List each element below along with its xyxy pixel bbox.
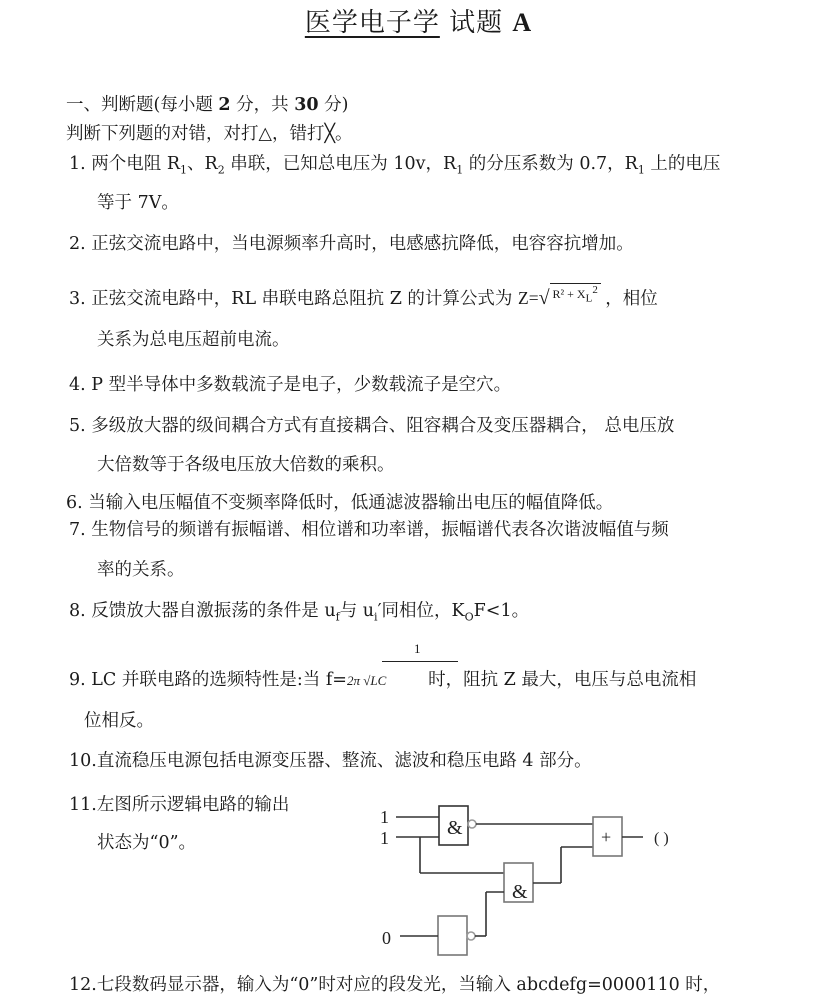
question-3-cont: 关系为总电压超前电流。 xyxy=(97,326,290,351)
question-6: 6. 当输入电压幅值不变频率降低时，低通滤波器输出电压的幅值降低。 xyxy=(66,489,613,514)
question-7-cont: 率的关系。 xyxy=(97,556,185,581)
question-12: 12.七段数码显示器，输入为“0”时对应的段发光，当输入 abcdefg=000… xyxy=(69,971,720,996)
question-4: 4. P 型半导体中多数载流子是电子，少数载流子是空穴。 xyxy=(69,371,511,396)
title-version: A xyxy=(512,8,532,37)
logic-circuit-diagram: 1 1 0 & & + ( ) xyxy=(370,790,710,960)
question-8: 8. 反馈放大器自激振荡的条件是 uf与 ui′同相位，KOF<1。 xyxy=(69,597,529,624)
question-5: 5. 多级放大器的级间耦合方式有直接耦合、阻容耦合及变压器耦合， 总电压放 xyxy=(69,412,674,437)
question-9: 9. LC 并联电路的选频特性是:当 f=2π √LC 时，阻抗 Z 最大，电压… xyxy=(69,666,696,691)
question-1: 1. 两个电阻 R1、R2 串联，已知总电压为 10v，R1 的分压系数为 0.… xyxy=(69,150,720,177)
question-7: 7. 生物信号的频谱有振幅谱、相位谱和功率谱，振幅谱代表各次谐波幅值与频 xyxy=(69,516,669,541)
section-heading: 一、判断题(每小题 2 分，共 30 分) xyxy=(66,91,348,116)
section-instruction: 判断下列题的对错，对打△，错打╳。 xyxy=(66,120,353,145)
impedance-formula: Z=√R² + XL2 xyxy=(518,288,605,308)
frequency-fraction-denominator: 2π √LC xyxy=(347,673,417,689)
or-gate-symbol: + xyxy=(601,827,611,847)
title-suffix: 试题 xyxy=(449,8,503,38)
fraction-bar xyxy=(382,661,458,662)
question-1-cont: 等于 7V。 xyxy=(97,189,179,214)
question-11: 11.左图所示逻辑电路的输出 xyxy=(69,791,289,816)
input-a-label: 1 xyxy=(380,807,389,827)
input-c-label: 0 xyxy=(382,928,391,948)
page-title: 医学电子学 试题 A xyxy=(0,2,837,39)
and-gate-symbol: & xyxy=(512,881,528,903)
frequency-fraction-numerator: 1 xyxy=(414,641,421,657)
question-5-cont: 大倍数等于各级电压放大倍数的乘积。 xyxy=(97,451,395,476)
question-3: 3. 正弦交流电路中，RL 串联电路总阻抗 Z 的计算公式为 Z=√R² + X… xyxy=(69,283,658,310)
nand-gate-symbol: & xyxy=(447,817,463,839)
title-subject: 医学电子学 xyxy=(305,8,440,38)
question-9-cont: 位相反。 xyxy=(84,707,154,732)
question-2: 2. 正弦交流电路中，当电源频率升高时，电感感抗降低，电容容抗增加。 xyxy=(69,230,634,255)
question-10: 10.直流稳压电源包括电源变压器、整流、滤波和稳压电路 4 部分。 xyxy=(69,747,592,772)
answer-blank: ( ) xyxy=(654,830,669,847)
input-b-label: 1 xyxy=(380,828,389,848)
question-11-cont: 状态为“0”。 xyxy=(97,829,196,854)
